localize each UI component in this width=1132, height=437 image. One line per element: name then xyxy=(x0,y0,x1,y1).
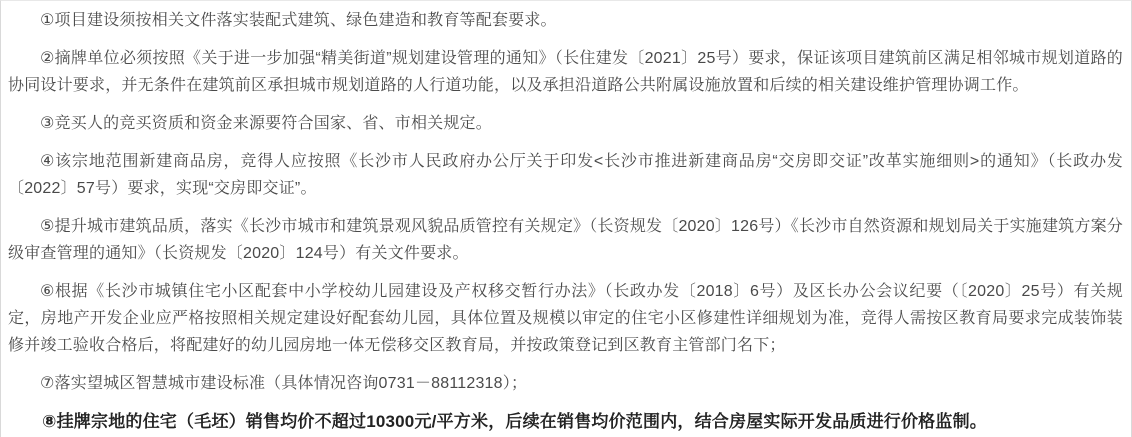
clause-8-price-limit: ⑧挂牌宗地的住宅（毛坯）销售均价不超过10300元/平方米，后续在销售均价范围内… xyxy=(8,408,1123,435)
clause-6: ⑥根据《长沙市城镇住宅小区配套中小学校幼儿园建设及产权移交暂行办法》（长政办发〔… xyxy=(8,278,1123,359)
clause-4: ④该宗地范围新建商品房，竞得人应按照《长沙市人民政府办公厅关于印发<长沙市推进新… xyxy=(8,148,1123,202)
clause-3: ③竞买人的竞买资质和资金来源要符合国家、省、市相关规定。 xyxy=(8,110,1123,137)
clause-1: ①项目建设须按相关文件落实装配式建筑、绿色建造和教育等配套要求。 xyxy=(8,7,1123,34)
clause-7: ⑦落实望城区智慧城市建设标准（具体情况咨询0731－88112318）； xyxy=(8,370,1123,397)
clause-5: ⑤提升城市建筑品质，落实《长沙市城市和建筑景观风貌品质管控有关规定》（长资规发〔… xyxy=(8,213,1123,267)
notice-document: ①项目建设须按相关文件落实装配式建筑、绿色建造和教育等配套要求。 ②摘牌单位必须… xyxy=(0,0,1132,437)
clause-2: ②摘牌单位必须按照《关于进一步加强“精美街道”规划建设管理的通知》（长住建发〔2… xyxy=(8,45,1123,99)
